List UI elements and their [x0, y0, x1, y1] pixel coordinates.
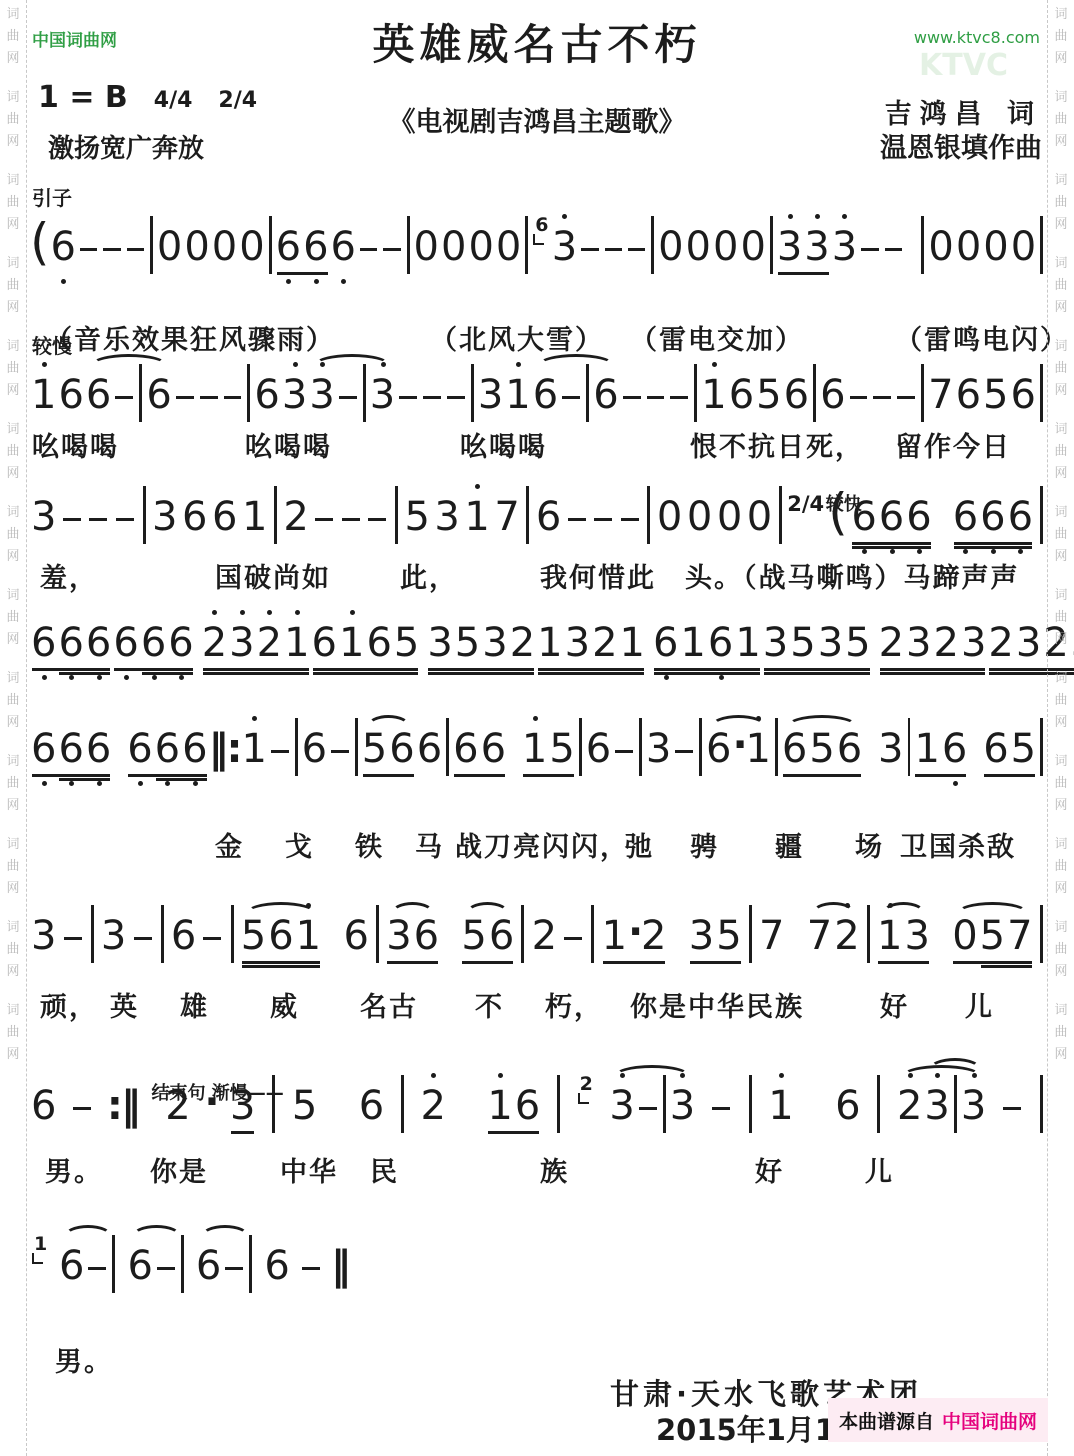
note-number: 3 — [369, 371, 396, 419]
beat-gap — [460, 1120, 474, 1130]
note-number: 0 — [746, 493, 773, 541]
side-watermark-char: 词 — [1054, 8, 1067, 21]
lyric-segment: 卫国杀敌 — [900, 825, 1016, 864]
beam-group: 66 — [140, 619, 195, 667]
side-watermark-char: 词 — [6, 257, 19, 270]
side-watermark-char: 网 — [1054, 799, 1067, 812]
side-watermark-char: 词 — [1054, 340, 1067, 353]
notation-row: 3366125317600002/4较快(666666 — [30, 452, 1046, 559]
octave-dot-above — [240, 610, 245, 615]
barline — [579, 718, 582, 776]
note-number: 3 — [776, 223, 803, 271]
slur-group: 13 — [876, 912, 931, 960]
octave-dot-below — [179, 675, 184, 680]
duration-dash — [870, 371, 894, 419]
duration-dash — [131, 912, 155, 960]
note-number: 6 — [263, 1242, 290, 1290]
barline — [395, 486, 398, 544]
octave-dot-below — [953, 781, 958, 786]
beam-underline — [387, 961, 438, 964]
note-number: 1 — [504, 371, 531, 419]
composer-credit: 温恩银填作曲 — [880, 126, 1042, 165]
octave-dot-below — [719, 675, 724, 680]
repeat-end-sign: :‖ — [107, 1082, 139, 1130]
note-number: 2 — [282, 493, 309, 541]
octave-dot-below — [1018, 549, 1023, 554]
side-watermark-char: 曲 — [1054, 611, 1067, 624]
barline — [694, 364, 697, 422]
note-number: 3 — [564, 619, 591, 667]
octave-dot-below — [991, 549, 996, 554]
note-number: 0 — [495, 223, 522, 271]
beam-group: 666 — [850, 493, 932, 541]
beam-underline — [242, 965, 320, 968]
slur-arc — [882, 902, 925, 924]
note-number: 3 — [669, 1082, 696, 1130]
note-number: 2 — [164, 1082, 191, 1130]
note-number: 3 — [100, 912, 127, 960]
note-number: 2 — [201, 619, 228, 667]
note-number: 2 — [640, 912, 667, 960]
side-watermark-char: 词 — [6, 8, 19, 21]
note-number: 1 — [767, 1082, 794, 1130]
side-watermark-char: 曲 — [1054, 279, 1067, 292]
beam-underline — [954, 542, 1032, 545]
slur-group: 33 — [608, 1075, 696, 1130]
side-watermark-char: 词 — [6, 672, 19, 685]
barline — [407, 216, 410, 274]
duration-dash — [312, 493, 336, 541]
slur-group: 36 — [385, 912, 440, 960]
side-watermark-char: 网 — [6, 218, 19, 231]
duration-dash — [591, 493, 615, 541]
side-watermark-char: 词 — [6, 921, 19, 934]
barline — [651, 216, 654, 274]
note-number: 0 — [467, 223, 494, 271]
barline — [1040, 364, 1043, 422]
slur-arc — [711, 715, 766, 737]
side-watermark-char: 网 — [1054, 384, 1067, 397]
octave-dot-below — [124, 675, 129, 680]
note-number: 5 — [844, 619, 871, 667]
beam-group: 35 — [688, 912, 743, 960]
slur-arc — [957, 902, 1027, 924]
note-number: 3 — [960, 619, 987, 667]
stamp-site-link[interactable]: 中国词曲网 — [942, 1407, 1037, 1434]
duration-dash — [173, 371, 197, 419]
music-line-2: 较慢166663333166165667656吆喝喝吆喝喝吆喝喝恨不抗日死，留作… — [30, 330, 1046, 437]
music-line-4: 6666662321616535321321616135352323232366… — [30, 578, 1046, 685]
side-watermark-char: 曲 — [6, 445, 19, 458]
lyric-segment: 中华 — [280, 1150, 338, 1189]
note-number: 6 — [181, 725, 208, 773]
note-number: 3 — [551, 223, 578, 271]
note-number: 6 — [170, 912, 197, 960]
note-number: 0 — [739, 223, 766, 271]
note-number: 1 — [486, 1082, 513, 1130]
note-number: 3 — [30, 493, 57, 541]
side-watermark-char: 曲 — [1054, 943, 1067, 956]
music-line-8: 16666‖男。 — [30, 1201, 1046, 1308]
side-watermark-char: 曲 — [6, 362, 19, 375]
octave-dot-above — [779, 1073, 784, 1078]
note-number: 5 — [789, 619, 816, 667]
note-number: 0 — [927, 223, 954, 271]
note-number: 3 — [923, 1082, 950, 1130]
barline — [274, 486, 277, 544]
note-number: 6 — [1009, 371, 1036, 419]
note-number: 5 — [715, 912, 742, 960]
duration-dash — [561, 912, 585, 960]
note-number: 6 — [535, 493, 562, 541]
slur-arc — [538, 354, 614, 376]
beat-gap — [934, 950, 948, 960]
song-title: 英雄威名古不朽 — [0, 12, 1074, 72]
note-number: 5 — [454, 619, 481, 667]
note-number: 6 — [50, 223, 77, 271]
barline — [525, 216, 528, 274]
note-number: 6 — [728, 371, 755, 419]
note-number: 3 — [831, 223, 858, 271]
barline — [401, 1075, 404, 1133]
duration-dash — [612, 725, 636, 773]
note-number: 6 — [253, 371, 280, 419]
side-watermark-char: 曲 — [1054, 362, 1067, 375]
slur-arc — [132, 1225, 180, 1247]
barline — [1040, 905, 1043, 963]
octave-dot-above — [252, 716, 257, 721]
lyric-segment: 你是 — [150, 1150, 208, 1189]
octave-dot-below — [69, 781, 74, 786]
lyric-segment: 儿 — [965, 985, 994, 1024]
duration-dash — [858, 223, 881, 271]
beat-gap — [507, 763, 521, 773]
note-number: 3 — [477, 371, 504, 419]
note-number: 6 — [358, 1082, 385, 1130]
slur-arc — [787, 715, 857, 737]
sheet-music-page: 词曲网词曲网词曲网词曲网词曲网词曲网词曲网词曲网词曲网词曲网词曲网词曲网词曲网 … — [0, 0, 1074, 1456]
note-number: 0 — [413, 223, 440, 271]
side-watermark-char: 词 — [1054, 423, 1067, 436]
note-number: 2 — [591, 619, 618, 667]
note-number: 0 — [982, 223, 1009, 271]
lyrics-row: 男。 — [30, 1340, 1046, 1376]
note-number: 3 — [905, 619, 932, 667]
octave-dot-above — [516, 362, 521, 367]
note-number: 6 — [982, 725, 1009, 773]
note-number: 2 — [531, 912, 558, 960]
beam-group: 666 — [126, 725, 208, 773]
note-number: 6 — [330, 223, 357, 271]
note-number: 1 — [283, 619, 310, 667]
side-watermark-char: 网 — [6, 799, 19, 812]
section-number: 6 — [535, 216, 550, 234]
repeat-begin-sign: ‖: — [209, 725, 241, 773]
note-number: 5 — [982, 371, 1009, 419]
slur-group: 33 — [308, 364, 396, 419]
beam-underline — [462, 961, 513, 964]
side-watermark-char: 网 — [1054, 1048, 1067, 1061]
side-watermark-char: 词 — [6, 838, 19, 851]
lyric-segment: 戈 — [285, 825, 314, 864]
note-number: 5 — [755, 371, 782, 419]
beam-group: 3535 — [762, 619, 872, 667]
slur-group: 057 — [951, 912, 1033, 960]
beam-group: 6165 — [311, 619, 421, 667]
lyric-segment: 好 — [755, 1150, 784, 1189]
music-line-5: 666666‖:165666615636·165631665金戈铁马战刀亮闪闪，… — [30, 684, 1046, 791]
octave-dot-below — [341, 279, 346, 284]
beam-underline — [880, 672, 986, 675]
note-number: 0 — [955, 223, 982, 271]
octave-dot-below — [97, 781, 102, 786]
lyric-segment: 顽， — [40, 985, 98, 1024]
octave-dot-below — [42, 781, 47, 786]
duration-dash — [882, 223, 905, 271]
barline — [779, 486, 782, 544]
note-number: 1 — [679, 619, 706, 667]
note-number: 6 — [707, 619, 734, 667]
beam-group: 6161 — [652, 619, 762, 667]
lyric-segment: 弛 — [625, 825, 654, 864]
beam-underline — [878, 961, 929, 964]
slur-arc — [367, 715, 410, 737]
note-number: 3 — [433, 493, 460, 541]
octave-dot-below — [314, 279, 319, 284]
note-number: 6 — [85, 725, 112, 773]
side-watermark-char: 网 — [1054, 716, 1067, 729]
beam-underline — [603, 961, 666, 964]
final-barline: ‖ — [331, 1242, 349, 1290]
slur-group: 56 — [361, 725, 416, 773]
note-number: 2 — [509, 619, 536, 667]
lyric-segment: 名古 — [360, 985, 418, 1024]
side-watermark-char: 词 — [1054, 174, 1067, 187]
note-number: 6 — [126, 1242, 153, 1290]
duration-dash — [602, 223, 625, 271]
side-watermark-char: 网 — [6, 301, 19, 314]
duration-dash — [124, 223, 147, 271]
duration-dash — [396, 371, 420, 419]
beam-underline — [59, 672, 110, 675]
barline — [526, 486, 529, 544]
lyric-segment: 族 — [540, 1150, 569, 1189]
beam-underline — [313, 672, 419, 675]
beam-underline — [203, 672, 309, 675]
note-number: 6 — [85, 619, 112, 667]
beam-underline — [203, 668, 309, 671]
beam-underline — [984, 774, 1035, 777]
note-number: 1 — [913, 725, 940, 773]
slur-arc — [246, 902, 316, 924]
side-watermark-char: 网 — [1054, 52, 1067, 65]
beam-underline — [538, 668, 644, 671]
note-number: 6 — [181, 493, 208, 541]
slur-group: 56 — [460, 912, 515, 960]
beam-underline — [981, 965, 1032, 968]
duration-dash — [620, 371, 644, 419]
octave-dot-below — [152, 675, 157, 680]
lyric-segment: 儿 — [865, 1150, 894, 1189]
music-line-3: 3366125317600002/4较快(666666羞，国破尚如此，我何惜此头… — [30, 452, 1046, 559]
octave-dot-below — [42, 675, 47, 680]
duration-dash — [339, 493, 363, 541]
side-watermark-char: 词 — [1054, 1004, 1067, 1017]
beam-underline — [852, 546, 930, 549]
beam-underline — [778, 272, 829, 275]
beam-underline — [880, 668, 986, 671]
note-number: 0 — [238, 223, 265, 271]
side-watermark-char: 网 — [6, 633, 19, 646]
octave-dot-below — [890, 549, 895, 554]
slur-group: 66 — [85, 364, 173, 419]
beam-group: 2321 — [201, 619, 311, 667]
beam-group: 33 — [776, 223, 831, 271]
note-number: 5 — [403, 493, 430, 541]
lyric-segment: 金 — [215, 825, 244, 864]
note-number: 6 — [30, 1082, 57, 1130]
beat-gap — [789, 950, 803, 960]
barline — [749, 905, 752, 963]
lyric-segment: 男。 — [45, 1150, 103, 1189]
source-stamp: 本曲谱源自 中国词曲网 — [828, 1398, 1048, 1442]
beat-gap — [935, 531, 949, 541]
note-number: 0 — [686, 493, 713, 541]
note-number: 1 — [521, 725, 548, 773]
barline — [247, 364, 250, 422]
side-watermark-char: 网 — [6, 965, 19, 978]
octave-dot-below — [193, 781, 198, 786]
duration-dash — [709, 1082, 733, 1130]
line-section-label: 引子 — [32, 182, 72, 211]
note-number: 6 — [905, 493, 932, 541]
beam-group: 66 — [57, 619, 112, 667]
note-number: 1 — [601, 912, 628, 960]
note-number: 6 — [783, 371, 810, 419]
duration-dash — [328, 725, 352, 773]
notation-row: 3365616365621·23577213057 — [30, 871, 1046, 978]
beat-gap — [112, 763, 126, 773]
beam-group: 1321 — [536, 619, 646, 667]
note-number: 6 — [585, 725, 612, 773]
duration-dash — [1000, 1082, 1024, 1130]
beam-underline — [954, 546, 1032, 549]
beat-gap — [443, 950, 457, 960]
note-number: 7 — [927, 371, 954, 419]
beam-underline — [852, 542, 930, 545]
note-number: 0 — [685, 223, 712, 271]
note-number: 6 — [301, 725, 328, 773]
barline — [557, 1075, 560, 1133]
note-number: 2 — [878, 619, 905, 667]
side-watermark-char: 网 — [6, 384, 19, 397]
note-number: 6 — [30, 725, 57, 773]
beam-group: 666 — [30, 619, 112, 667]
duration-dash — [60, 493, 84, 541]
side-watermark-char: 词 — [1054, 257, 1067, 270]
duration-dash — [559, 371, 583, 419]
right-watermark-strip: 词曲网词曲网词曲网词曲网词曲网词曲网词曲网词曲网词曲网词曲网词曲网词曲网词曲网 — [1047, 0, 1074, 1456]
beam-underline — [277, 272, 328, 275]
octave-dot-above — [712, 362, 717, 367]
beam-group: 15 — [521, 725, 576, 773]
note-number: 6 — [878, 493, 905, 541]
barline — [1040, 718, 1043, 776]
beam-underline — [690, 961, 741, 964]
slur-arc — [466, 902, 509, 924]
side-watermark-char: 词 — [1054, 91, 1067, 104]
beat-gap — [671, 950, 685, 960]
side-watermark-char: 词 — [6, 589, 19, 602]
side-watermark-char: 网 — [6, 1048, 19, 1061]
octave-dot-below — [97, 675, 102, 680]
duration-dash — [644, 371, 668, 419]
open-paren: ( — [30, 217, 50, 271]
slur-arc — [91, 354, 167, 376]
octave-dot-above — [42, 362, 47, 367]
octave-dot-above — [267, 610, 272, 615]
note-number: 5 — [393, 619, 420, 667]
duration-dash — [636, 1082, 660, 1130]
lyrics-row: 顽，英雄威名古不朽，你是中华民族好儿 — [30, 985, 1046, 1021]
duration-dash — [77, 223, 100, 271]
note-number: 5 — [548, 725, 575, 773]
note-number: 0 — [657, 223, 684, 271]
beam-group: 65 — [982, 725, 1037, 773]
side-watermark-char: 曲 — [6, 777, 19, 790]
duration-dash — [672, 725, 696, 773]
octave-dot-below — [69, 675, 74, 680]
side-watermark-char: 曲 — [1054, 445, 1067, 458]
octave-dot-below — [165, 781, 170, 786]
slur-group: 561 — [240, 912, 322, 960]
section-number: 2 — [580, 1075, 596, 1093]
side-watermark-char: 词 — [6, 340, 19, 353]
side-watermark-char: 网 — [1054, 550, 1067, 563]
beam-underline — [488, 1131, 539, 1134]
side-watermark-char: 词 — [1054, 755, 1067, 768]
beat-gap — [905, 261, 919, 271]
note-number: 6 — [275, 223, 302, 271]
music-line-6: 3365616365621·23577213057顽，英雄威名古不朽，你是中华民… — [30, 871, 1046, 978]
beam-group: 1·2 — [601, 912, 668, 960]
augmentation-dot: · — [204, 1082, 216, 1130]
barline — [231, 905, 234, 963]
beam-group: 66 — [275, 223, 330, 271]
notation-row: 6666662321616535321321616135352323232366… — [30, 578, 1046, 685]
note-number: 1 — [30, 371, 57, 419]
beam-underline — [142, 672, 193, 675]
notation-row: 16666‖ — [30, 1201, 1046, 1308]
barline — [908, 718, 911, 776]
side-watermark-char: 曲 — [6, 943, 19, 956]
slur-arc — [812, 902, 855, 924]
note-number: 3 — [877, 725, 904, 773]
beat-gap — [331, 1120, 345, 1130]
music-line-1: 引子(6000066600006300003330000（音乐效果狂风骤雨）（北… — [30, 182, 1046, 289]
barline — [591, 905, 594, 963]
barline — [143, 486, 146, 544]
slur-group: 233 — [896, 1075, 987, 1130]
lyric-segment: 不 — [475, 985, 504, 1024]
note-number: 6 — [302, 223, 329, 271]
section-number-mark: 6 — [531, 216, 550, 245]
side-watermark-char: 词 — [6, 755, 19, 768]
duration-dash — [667, 371, 691, 419]
side-watermark-char: 网 — [1054, 467, 1067, 480]
note-number: 6 — [452, 725, 479, 773]
duration-dash — [365, 493, 389, 541]
